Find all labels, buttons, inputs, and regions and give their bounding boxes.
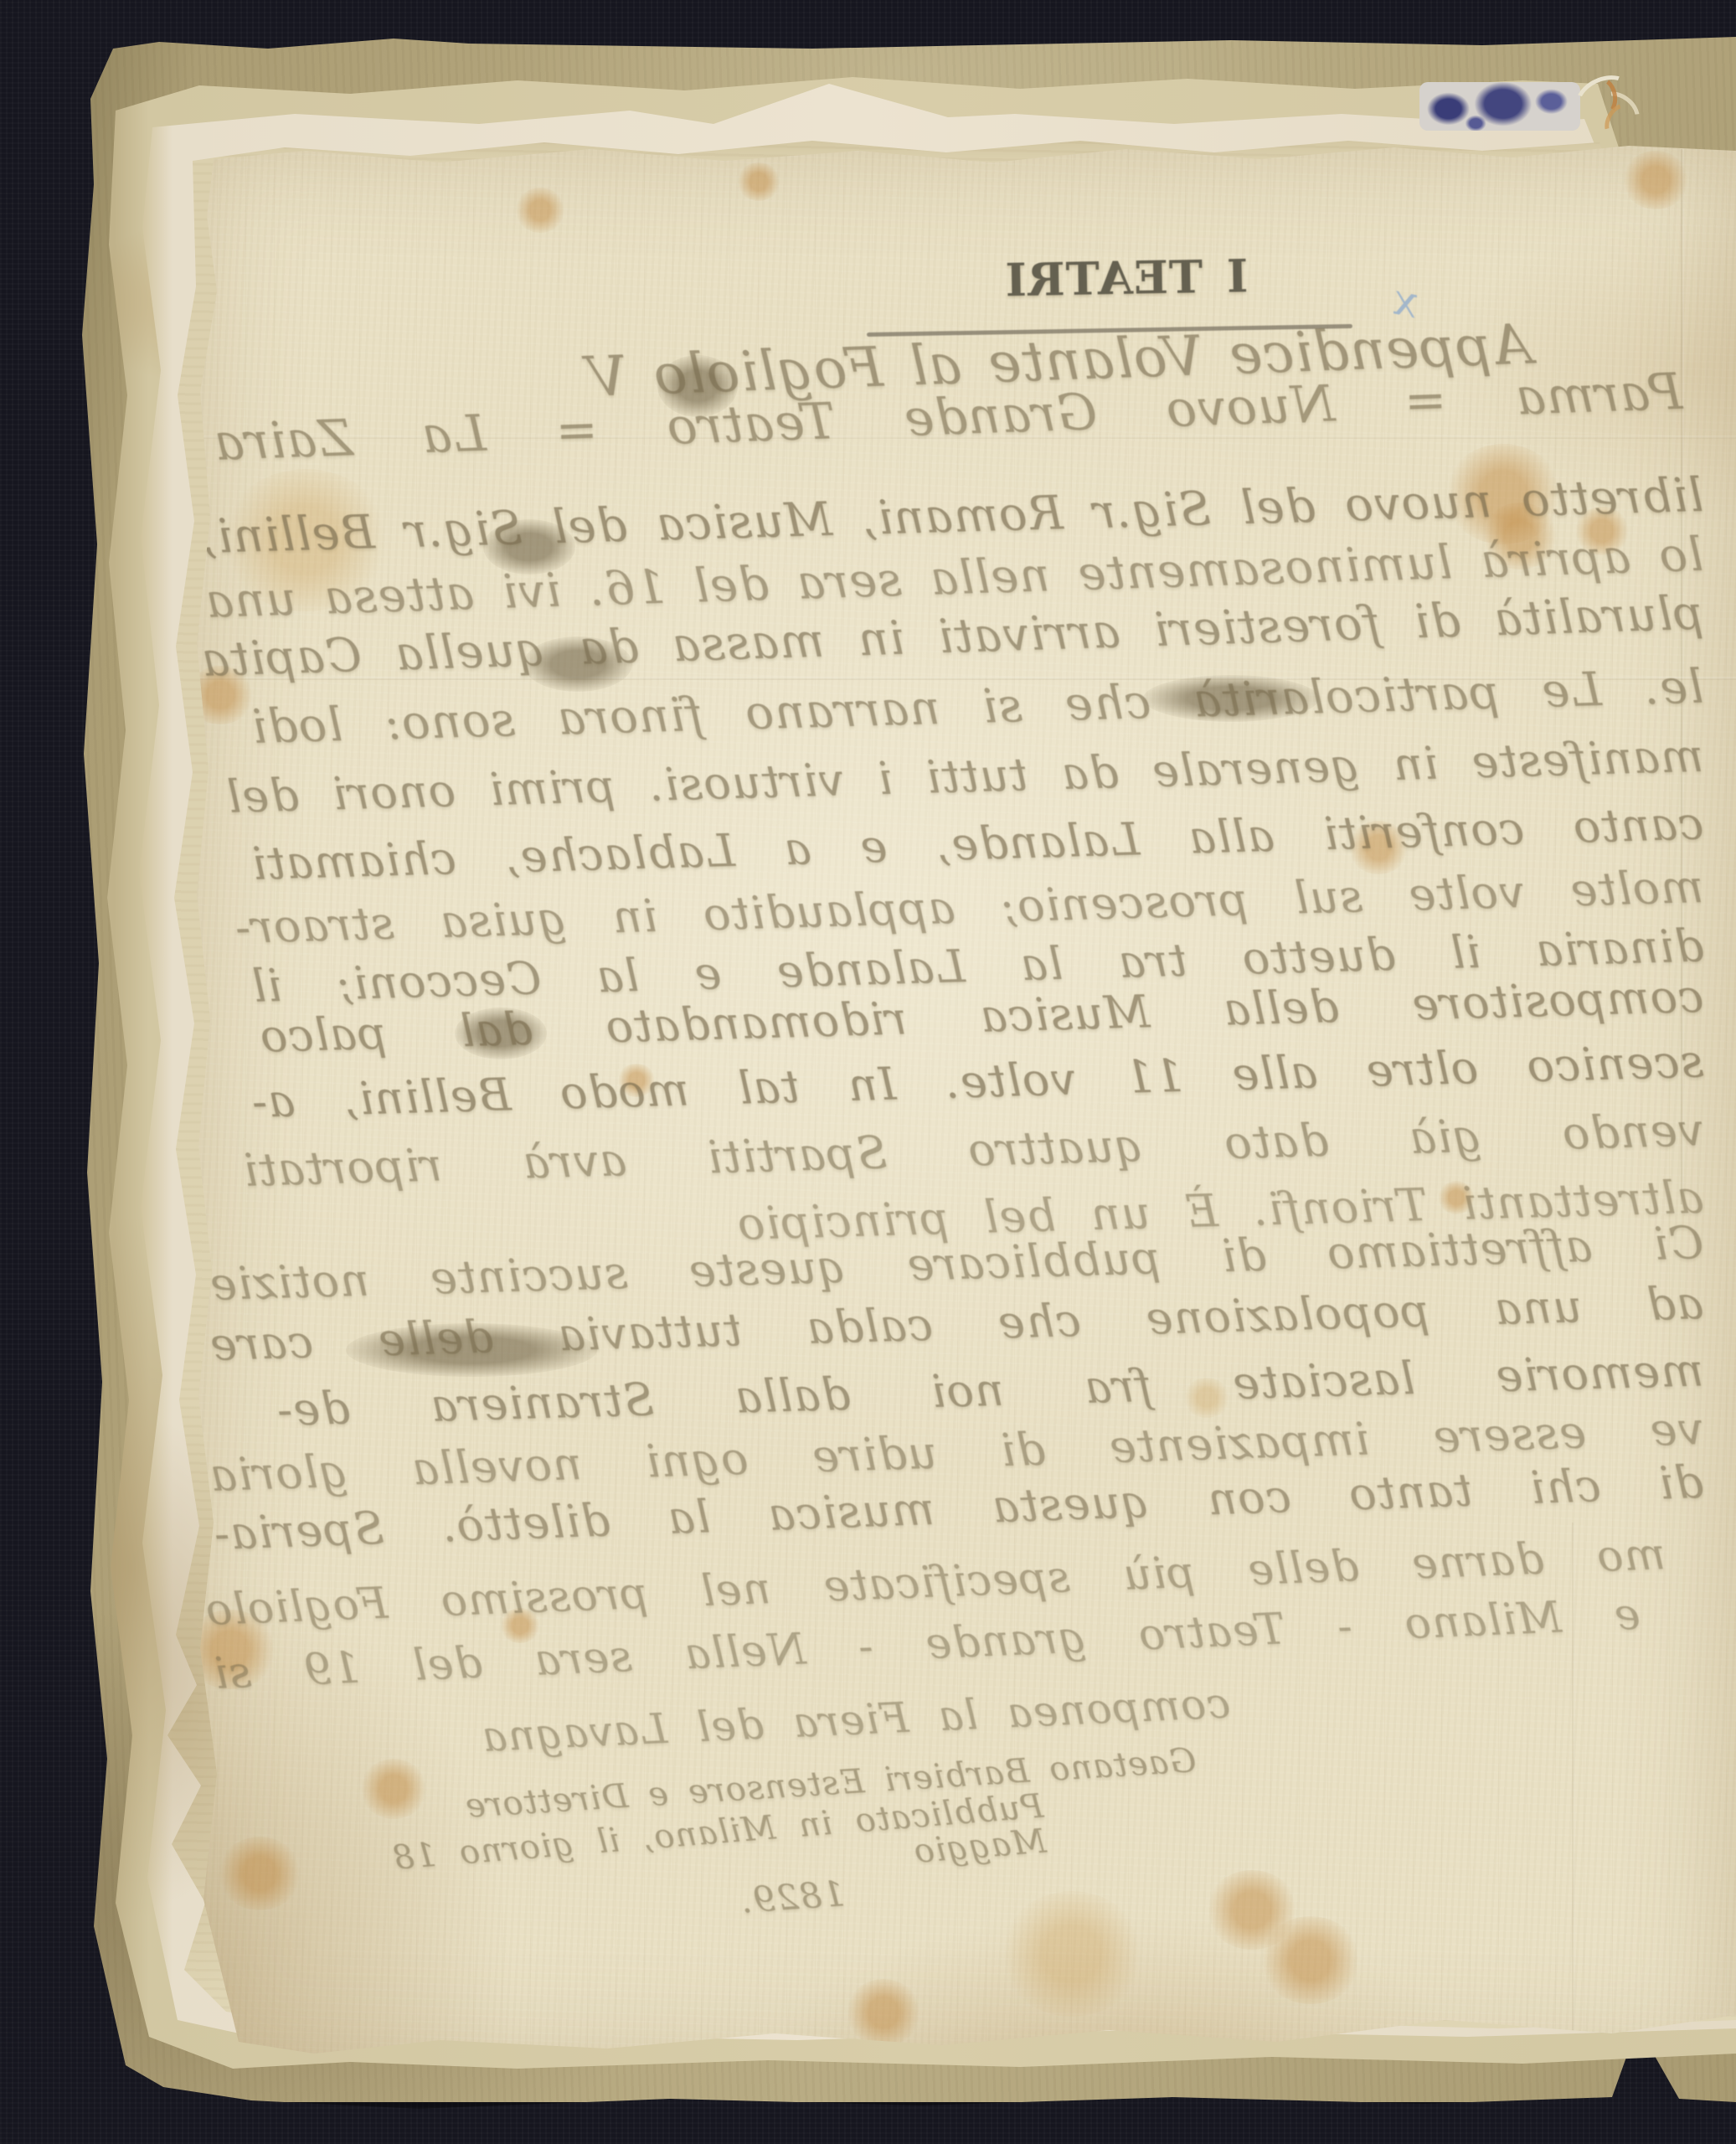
masthead-title: I TEATRI [925,251,1328,306]
blue-marbled-paper-scrap [1419,82,1580,131]
manuscript-photograph: I TEATRI x Appendice Volante al Fogliolo… [0,0,1736,2144]
bleedthrough-text-layer: I TEATRI x Appendice Volante al Fogliolo… [188,141,1736,2067]
manuscript-page: I TEATRI x Appendice Volante al Fogliolo… [188,141,1736,2067]
masthead-title-text: I TEATRI [925,251,1328,306]
